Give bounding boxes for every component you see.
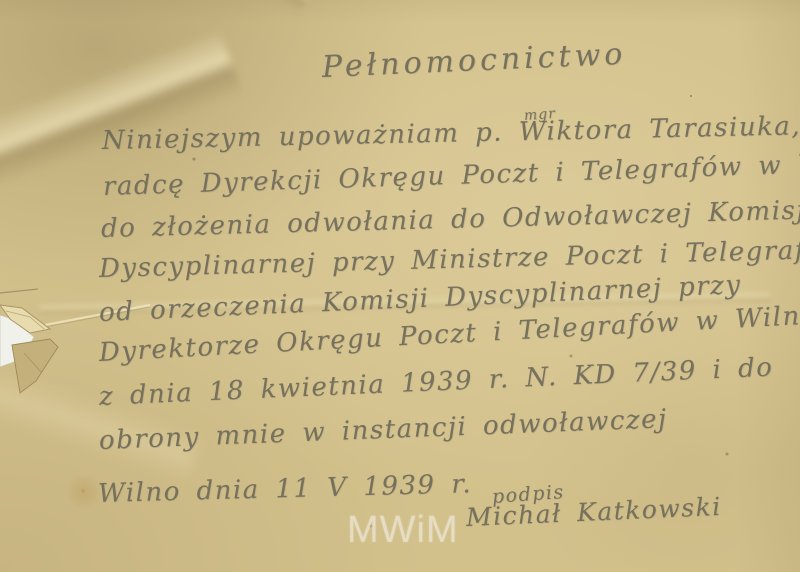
paper-crease — [0, 29, 244, 191]
dateline: Wilno dnia 11 V 1939 r. — [98, 469, 473, 509]
handwritten-line-1: Niniejszym upoważniam p. Wiktora Tarasiu… — [102, 111, 800, 156]
handwritten-line-2: radcę Dyrekcji Okręgu Poczt i Telegrafów… — [103, 147, 800, 202]
scanned-document: Pełnomocnictwo mgr Niniejszym upoważniam… — [0, 0, 800, 572]
paper-crease — [78, 0, 320, 14]
handwritten-line-8: obrony mnie w instancji odwoławczej — [98, 404, 668, 456]
handwritten-line-3: do złożenia odwołania do Odwoławczej Kom… — [101, 195, 800, 244]
paper-specks — [690, 95, 692, 97]
document-title: Pełnomocnictwo — [321, 37, 627, 85]
museum-watermark: MWiM — [347, 509, 459, 552]
